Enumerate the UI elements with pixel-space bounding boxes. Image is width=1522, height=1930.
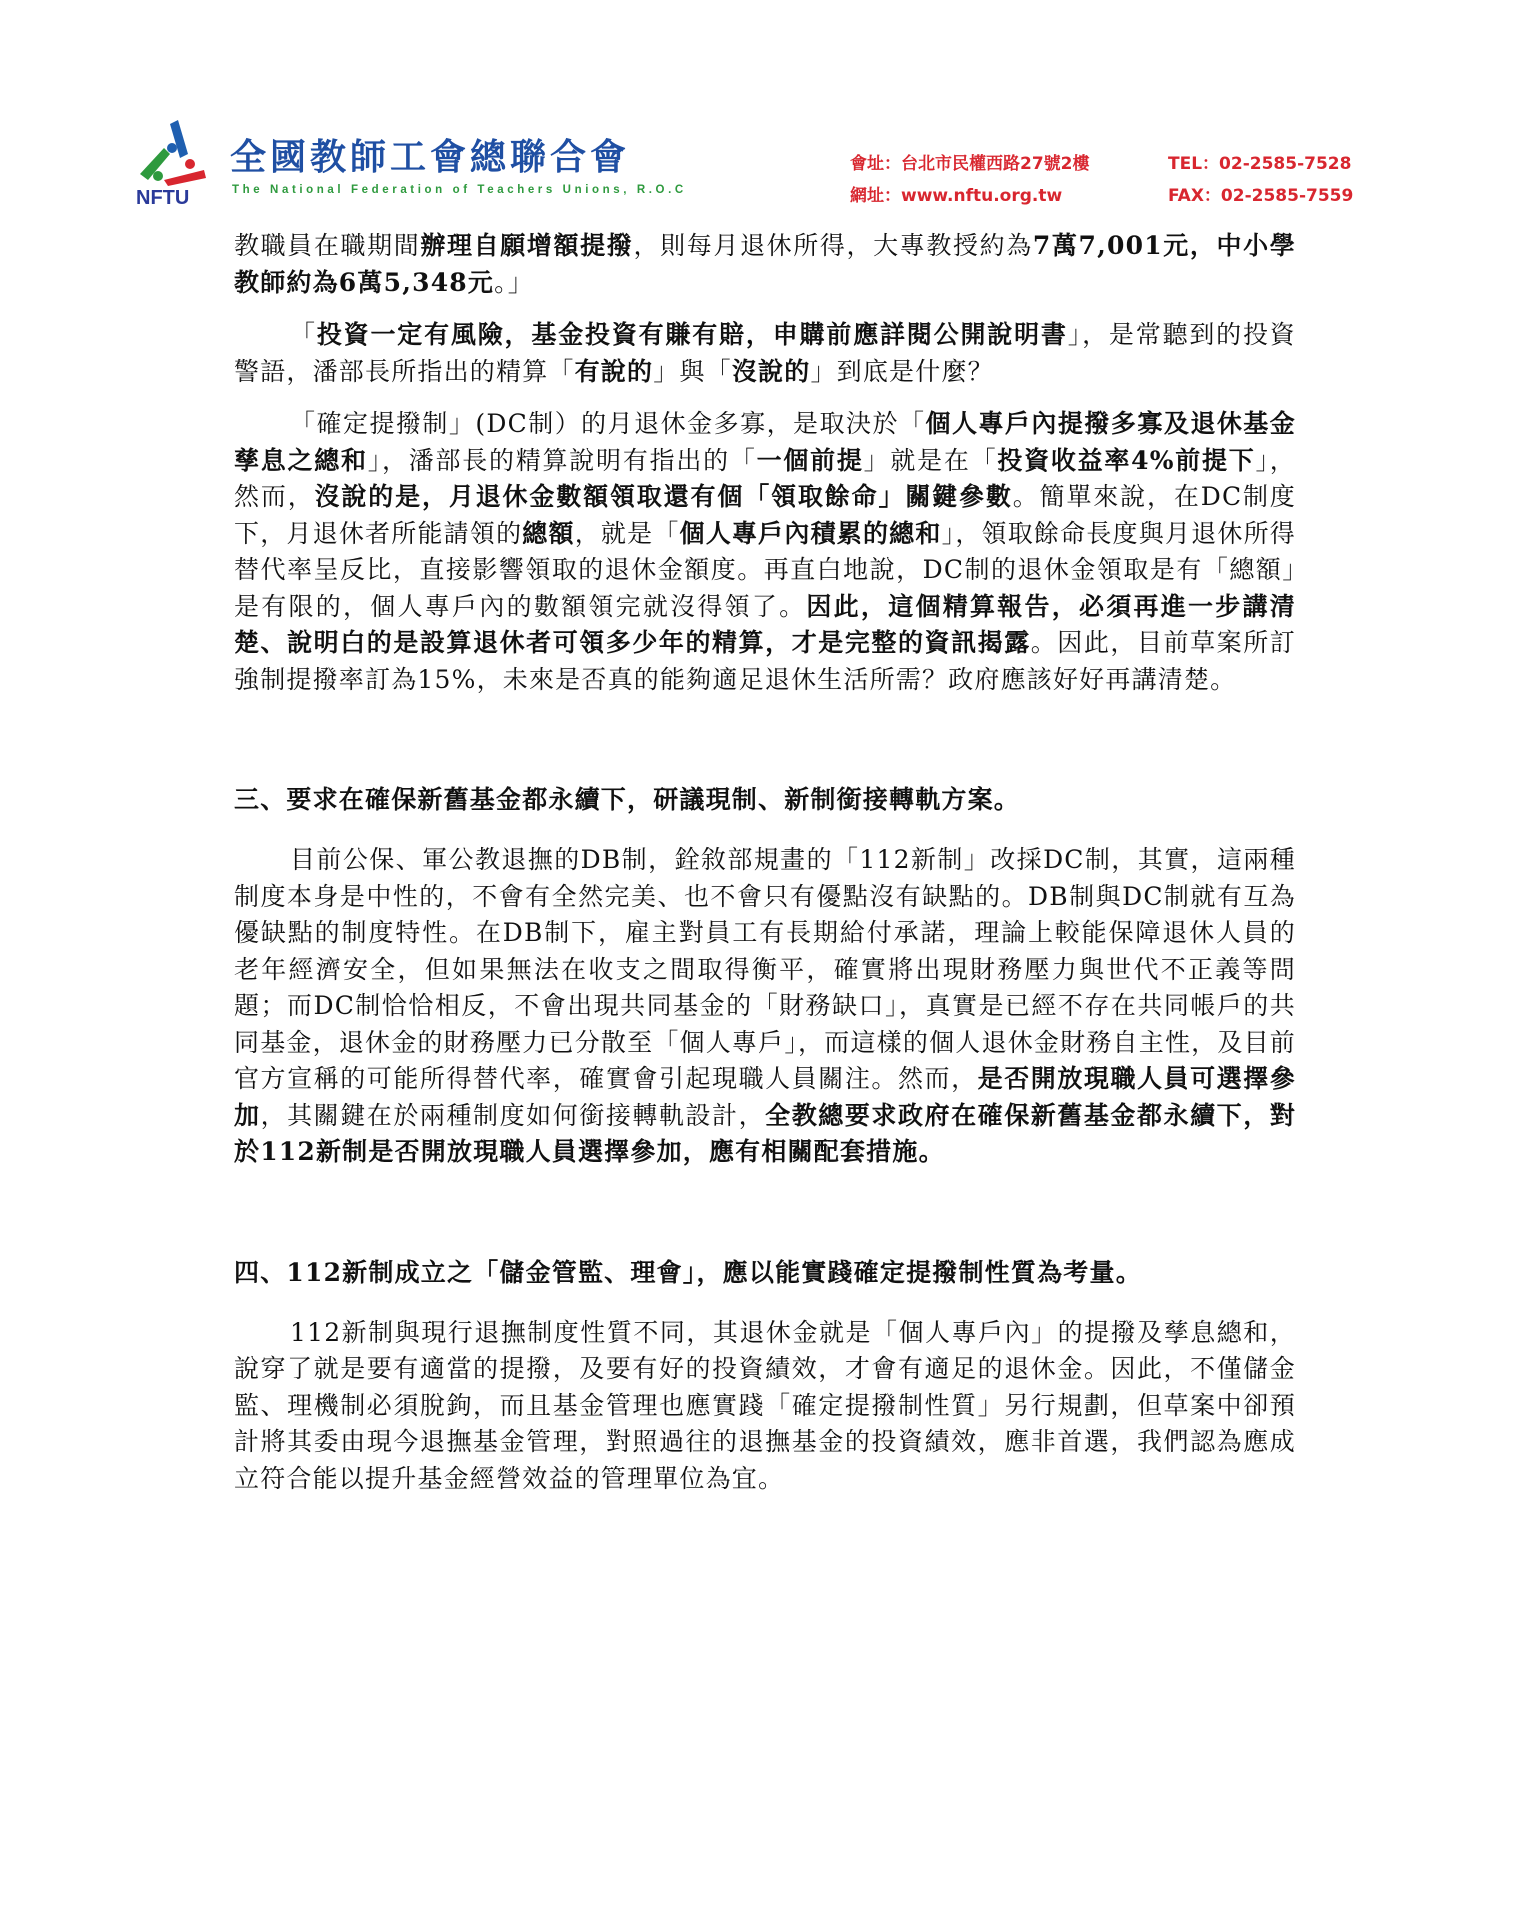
text-run: 」與「 [653, 357, 732, 386]
paragraph-3: 「確定提撥制」(DC制）的月退休金多寡，是取決於「個人專戶內提撥多寡及退休基金孳… [234, 406, 1296, 698]
text-run: ，其關鍵在於兩種制度如何銜接轉軌設計， [261, 1101, 766, 1130]
bold-text-run: 總額 [522, 519, 574, 548]
org-name-english: The National Federation of Teachers Unio… [232, 184, 687, 196]
text-run: 112新制與現行退撫制度性質不同，其退休金就是「個人專戶內」的提撥及孳息總和，說… [234, 1318, 1296, 1493]
section-4-body: 112新制與現行退撫制度性質不同，其退休金就是「個人專戶內」的提撥及孳息總和，說… [234, 1315, 1296, 1498]
document-body: 教職員在職期間辦理自願增額提撥，則每月退休所得，大專教授約為7萬7,001元，中… [234, 228, 1296, 1497]
bold-text-run: 投資一定有風險，基金投資有賺有賠，申購前應詳閱公開說明書 [317, 320, 1068, 349]
website-link[interactable]: 網址：www.nftu.org.tw [850, 180, 1168, 212]
text-run: 「確定提撥制」(DC制）的月退休金多寡，是取決於「 [290, 409, 925, 438]
text-run: 」就是在「 [864, 446, 998, 475]
paragraph-2: 「投資一定有風險，基金投資有賺有賠，申購前應詳閱公開說明書」，是常聽到的投資警語… [234, 317, 1296, 390]
text-run: ，就是「 [575, 519, 680, 548]
org-name-chinese: 全國教師工會總聯合會 [230, 138, 630, 178]
section-heading-3: 三、要求在確保新舊基金都永續下，研議現制、新制銜接轉軌方案。 [234, 782, 1296, 818]
nftu-logo-icon: NFTU [134, 118, 214, 206]
text-run: ，則每月退休所得，大專教授約為 [633, 231, 1032, 260]
address: 會址：台北市民權西路27號2樓 [850, 148, 1168, 180]
bold-text-run: 個人專戶內積累的總和 [680, 519, 942, 548]
nftu-logo: NFTU [134, 118, 214, 206]
text-run: 。」 [494, 268, 534, 297]
letterhead: NFTU 全國教師工會總聯合會 The National Federation … [134, 118, 1374, 208]
fax: FAX：02-2585-7559 [1168, 180, 1353, 212]
text-run: 教職員在職期間 [234, 231, 420, 260]
bold-text-run: 一個前提 [757, 446, 864, 475]
svg-text:NFTU: NFTU [136, 187, 189, 206]
text-run: 」，潘部長的精算說明有指出的「 [368, 446, 757, 475]
text-run: 目前公保、軍公教退撫的DB制，銓敘部規畫的「112新制」改採DC制，其實，這兩種… [234, 845, 1296, 1093]
text-run: 」到底是什麼？ [810, 357, 993, 386]
telephone: TEL：02-2585-7528 [1168, 148, 1351, 180]
bold-text-run: 辦理自願增額提撥 [420, 231, 633, 260]
bold-text-run: 有說的 [575, 357, 654, 386]
text-run: 「 [290, 320, 317, 349]
bold-text-run: 投資收益率4%前提下 [997, 446, 1255, 475]
paragraph-1: 教職員在職期間辦理自願增額提撥，則每月退休所得，大專教授約為7萬7,001元，中… [234, 228, 1296, 301]
bold-text-run: 沒說的是，月退休金數額領取還有個「領取餘命」關鍵參數 [315, 482, 1013, 511]
bold-text-run: 沒說的 [732, 357, 811, 386]
section-heading-4: 四、112新制成立之「儲金管監、理會」，應以能實踐確定提撥制性質為考量。 [234, 1255, 1296, 1291]
contact-info: 會址：台北市民權西路27號2樓 TEL：02-2585-7528 網址：www.… [850, 148, 1353, 212]
section-3-body: 目前公保、軍公教退撫的DB制，銓敘部規畫的「112新制」改採DC制，其實，這兩種… [234, 842, 1296, 1171]
